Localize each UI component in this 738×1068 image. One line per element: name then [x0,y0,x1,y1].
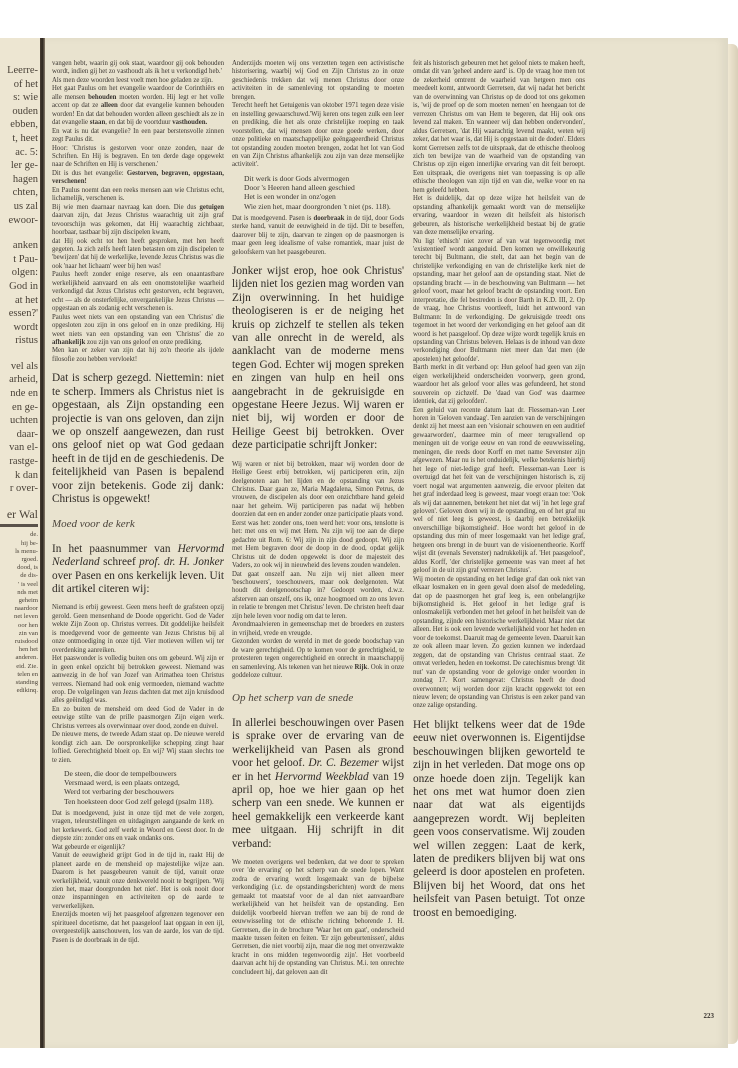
quote-paragraph: Anderzijds moeten wij ons verzetten tege… [232,60,404,102]
quote-paragraph: Wat gebeurde er eigenlijk? [52,844,224,852]
previous-page-rule [0,524,38,527]
quote-paragraph: feit als historisch gebeuren met het gel… [413,60,585,195]
body-paragraph: En Paulus noemt dan een reeks mensen aan… [52,187,224,204]
psalm-verse: De steen, die door de tempelbouwersVersm… [52,769,224,806]
body-paragraph: Hoor: 'Christus is gestorven voor onze z… [52,145,224,170]
body-paragraph: Men kan er zeker van zijn dat hij zo'n t… [52,347,224,364]
column-2: Anderzijds moeten wij ons verzetten tege… [232,60,404,977]
column-1: vangen hebt, waarin gij ook staat, waard… [52,60,224,945]
quotation-block: Niemand is erbij geweest. Geen mens heef… [52,604,224,945]
quote-paragraph: Niemand is erbij geweest. Geen mens heef… [52,604,224,655]
page-number: 223 [704,1012,715,1020]
column-3: feit als historisch gebeuren met het gel… [413,60,585,928]
previous-page-fragment-low: vel alsarheid,nde enen ge-uchtendaar-van… [0,360,38,496]
quote-paragraph: Eerst was het: zonder ons, toen werd het… [232,520,404,571]
previous-page-fragment-top: Leerre-of hets: wieoudenebben,t, heetac.… [0,64,38,227]
quote-paragraph: Enerzijds moeten wij het paasgeloof afgr… [52,911,224,945]
quote-paragraph: Het paaswonder is volledig buiten ons om… [52,655,224,706]
quote-paragraph: En zo buiten de mensheid om deed God de … [52,706,224,731]
quote-paragraph: Terecht heeft het Getuigenis van oktober… [232,102,404,170]
body-paragraph: Dit is dus het evangelie: Gestorven, beg… [52,170,224,187]
previous-page-header-fragment: er Wal [0,508,38,522]
lead-paragraph: Jonker wijst erop, hoe ook Christus' lij… [232,265,404,453]
body-paragraph: Bij wie men daarnaar navraag kan doen. D… [52,204,224,238]
quote-paragraph: Vanuit de eeuwigheid grijpt God in de ti… [52,852,224,911]
previous-page-fragment-mid: ankent Pau-olgen:God inat hetessen?'word… [0,239,38,348]
quote-paragraph: Avondmaalvieren in gemeenschap met de br… [232,621,404,638]
previous-page-small-fragments: de.hij be-ls menu-rgoed.dood, isde dis-'… [0,531,38,695]
lead-paragraph: Dat is scherp gezegd. Niettemin: niet te… [52,372,224,506]
body-paragraph: Paulus heeft zonder enige reserve, als e… [52,271,224,313]
closing-lead-paragraph: Het blijkt telkens weer dat de 19de eeuw… [413,719,585,920]
lead-paragraph: In het paasnummer van Hervormd Nederland… [52,543,224,597]
page-edge [728,44,738,1044]
quote-paragraph: Wij moeten de opstanding en het ledige g… [413,576,585,711]
quote-paragraph: Een geluid van recente datum laat dr. Fl… [413,407,585,576]
previous-page-edge: Leerre-of hets: wieoudenebben,t, heetac.… [0,38,40,1048]
quote-paragraph: Gezonden worden de wereld in met de goed… [232,638,404,680]
quote-paragraph: Wij waren er niet bij betrokken, maar wi… [232,461,404,520]
quote-paragraph: Dat is moedgevend. Pasen is doorbraak in… [232,215,404,257]
section-subheading: Moed voor de kerk [52,520,224,528]
psalm-verse: Dit werk is door Gods alvermogenDoor 's … [232,174,404,211]
quote-paragraph: Barth merkt in dit verband op: Hun geloo… [413,364,585,406]
quote-paragraph: We moeten overigens wel bedenken, dat we… [232,859,404,977]
quote-paragraph: Dat gaat onszelf aan. Nu zijn wij niet a… [232,571,404,622]
section-subheading: Op het scherp van de snede [232,694,404,702]
body-paragraph: En wat is nu dat evangelie? In een paar … [52,128,224,145]
body-paragraph: Het gaat Paulus om het evangelie waardoo… [52,85,224,127]
body-paragraph: vangen hebt, waarin gij ook staat, waard… [52,60,224,77]
magazine-page: vangen hebt, waarin gij ook staat, waard… [45,38,728,1048]
lead-paragraph: In allerlei beschouwingen over Pasen is … [232,717,404,851]
quote-paragraph: Dat is moedgevend, juist in onze tijd me… [52,810,224,844]
body-paragraph: dat Hij ook echt tot hen heeft gesproken… [52,238,224,272]
quote-paragraph: Het is duidelijk, dat op deze wijze het … [413,195,585,237]
quote-paragraph: Nu ligt 'ethisch' niet zover af van wat … [413,238,585,365]
previous-page-text: Leerre-of hets: wieoudenebben,t, heetac.… [0,64,38,707]
quote-paragraph: De nieuwe mens, de tweede Adam staat op.… [52,731,224,765]
body-paragraph: Als men deze woorden leest voelt men hoe… [52,77,224,85]
body-paragraph: Paulus weet niets van een opstanding van… [52,314,224,348]
